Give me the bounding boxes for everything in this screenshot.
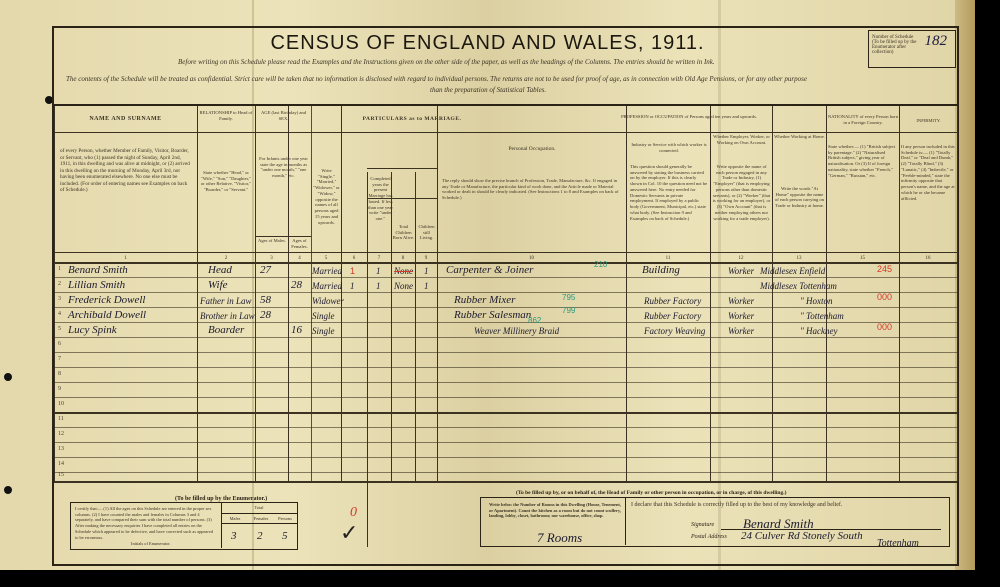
females-label: Females (249, 516, 273, 522)
enumerator-certify-text: I certify that:— (1) All the ages on thi… (75, 506, 217, 540)
row-number: 5 (58, 326, 61, 332)
col-desc-still-living: Children still Living. (416, 224, 437, 241)
males-label: Males (223, 516, 247, 522)
cell-marriage: Married (312, 266, 342, 276)
red-zero-mark: 0 (350, 505, 357, 521)
cell-name: Lucy Spink (68, 324, 117, 336)
row-number: 1 (58, 266, 61, 272)
cell-name: Archibald Dowell (68, 309, 146, 321)
row-number: 3 (58, 296, 61, 302)
cell-birthplace-code: 000 (877, 322, 892, 332)
row-number: 11 (58, 416, 64, 422)
col-number: 16 (899, 256, 957, 261)
col-number: 15 (826, 256, 899, 261)
cell-occupation-code: 799 (562, 306, 575, 315)
col-sub-ages-males: Ages of Males. (256, 238, 288, 244)
col-desc-infirmity: If any person included in this Schedule … (901, 144, 956, 201)
cell-birthplace-code: 245 (877, 264, 892, 274)
cell-industry: Building (642, 264, 680, 276)
col-header-name: NAME AND SURNAME (54, 116, 197, 124)
row-number: 13 (58, 446, 64, 452)
cell-marriage: Married (312, 281, 342, 291)
cell-occupation: Rubber Salesman (454, 309, 531, 321)
col-header-nationality: NATIONALITY of every Person born in a Fo… (827, 114, 899, 125)
cell-age-female: 28 (291, 279, 302, 291)
row-number: 15 (58, 472, 64, 478)
col-sub-personal-occupation: Personal Occupation. (438, 146, 626, 153)
enumerator-certify-box: I certify that:— (1) All the ages on thi… (70, 502, 298, 550)
total-females: 2 (257, 530, 263, 542)
postal-address-line-1: 24 Culver Rd Stonely South (741, 530, 863, 542)
col-header-infirmity: INFIRMITY. (900, 118, 957, 124)
cell-birthplace: Middlesex Enfield (760, 266, 825, 276)
col-sub-industry: Industry or Service with which worker is… (628, 142, 710, 153)
cell-years-married: 1 (350, 281, 355, 291)
cell-occupation: Rubber Mixer (454, 294, 515, 306)
instructions-line-3: than the preparation of Statistical Tabl… (430, 86, 546, 94)
col-sub-employment: Whether Employer, Worker, or Working on … (711, 134, 772, 145)
col-number: 1 (54, 256, 197, 261)
row-number: 8 (58, 371, 61, 377)
row-number: 2 (58, 281, 61, 287)
col-desc-years-married: Completed years the present Marriage has… (368, 176, 393, 222)
rooms-instructions: Write below the Number of Rooms in this … (489, 502, 621, 519)
col-number: 7 (367, 256, 391, 261)
schedule-number-label: Number of Schedule (To be filled up by t… (872, 35, 920, 55)
cell-years-married: 1 (350, 266, 355, 276)
cell-relationship: Father in Law (200, 296, 252, 306)
col-number: 6 (341, 256, 367, 261)
persons-label: Persons (273, 516, 297, 522)
cell-relationship: Boarder (208, 324, 244, 336)
cell-relationship: Wife (208, 279, 228, 291)
cell-name: Lillian Smith (68, 279, 125, 291)
cell-age-male: 28 (260, 309, 271, 321)
total-males: 3 (231, 530, 237, 542)
census-schedule-page: CENSUS OF ENGLAND AND WALES, 1911. Befor… (0, 0, 975, 570)
col-desc-condition: Write "Single," "Married," "Widower," or… (313, 168, 340, 225)
col-number: 4 (288, 256, 311, 261)
cell-occupation-code: 862 (528, 316, 541, 325)
row-number: 9 (58, 386, 61, 392)
cell-name: Benard Smith (68, 264, 128, 276)
cell-born-alive: 1 (376, 266, 381, 276)
col-number: 2 (197, 256, 255, 261)
cell-occupation-code: 210 (594, 260, 607, 269)
cell-birthplace-code: 000 (877, 292, 892, 302)
col-desc-age: For Infants under one year state the age… (258, 156, 309, 179)
col-header-relationship: RELATIONSHIP to Head of Family. (198, 110, 254, 121)
row-number: 10 (58, 401, 64, 407)
rooms-value: 7 Rooms (537, 530, 582, 546)
cell-still-living: None (394, 266, 413, 276)
row-number: 6 (58, 341, 61, 347)
head-declaration-box: Write below the Number of Rooms in this … (480, 497, 950, 547)
cell-died: 1 (424, 266, 429, 276)
totals-header: Total (221, 505, 297, 511)
cell-employment: Worker (728, 311, 754, 321)
col-desc-born-alive: Total Children Born Alive. (392, 224, 415, 241)
cell-born-alive: 1 (376, 281, 381, 291)
cell-birthplace: " Hackney (800, 326, 838, 336)
cell-age-female: 16 (291, 324, 302, 336)
cell-employment: Worker (728, 266, 754, 276)
schedule-number-box: Number of Schedule (To be filled up by t… (868, 30, 956, 68)
cell-marriage: Single (312, 326, 335, 336)
declaration-text: I declare that this Schedule is correctl… (631, 502, 842, 510)
postal-address-line-2: Tottenham (877, 538, 919, 549)
col-number: 9 (415, 256, 437, 261)
col-header-age: AGE (last Birthday) and SEX. (256, 110, 311, 121)
cell-birthplace: Middlesex Tottenham (760, 281, 837, 291)
cell-birthplace: " Hoxton (800, 296, 833, 306)
col-header-marriage: PARTICULARS as to MARRIAGE. (312, 116, 512, 123)
page-title: CENSUS OF ENGLAND AND WALES, 1911. (0, 32, 975, 55)
schedule-number: 182 (925, 33, 948, 50)
cell-employment: Worker (728, 326, 754, 336)
signature-label: Signature (691, 522, 714, 528)
row-number: 4 (58, 311, 61, 317)
cell-died: 1 (424, 281, 429, 291)
punch-hole-icon (4, 373, 12, 381)
household-table: NAME AND SURNAME of every Person, whethe… (54, 104, 957, 481)
cell-relationship: Brother in Law (200, 311, 255, 321)
cell-still-living: None (394, 281, 413, 291)
col-desc-name: of every Person, whether Member of Famil… (60, 148, 192, 194)
row-number: 7 (58, 356, 61, 362)
col-number: 12 (710, 256, 772, 261)
instructions-line-1: Before writing on this Schedule please r… (178, 58, 715, 66)
col-desc-relationship: State whether "Head," or "Wife," "Son," … (199, 170, 253, 193)
cell-relationship: Head (208, 264, 232, 276)
row-number: 14 (58, 461, 64, 467)
col-desc-industry: This question should generally be answer… (630, 164, 708, 221)
row-number: 12 (58, 431, 64, 437)
instructions-line-2: The contents of the Schedule will be tre… (66, 75, 807, 83)
check-mark-icon: ✓ (340, 520, 358, 546)
col-desc-nationality: State whether:— (1) "British subject by … (828, 144, 898, 178)
total-persons: 5 (282, 530, 288, 542)
enumerator-initials-label: Initials of Enumerator. (131, 541, 171, 547)
col-number: 3 (255, 256, 288, 261)
col-desc-personal-occupation: The reply should show the precise branch… (442, 178, 622, 201)
punch-hole-icon (4, 486, 12, 494)
cell-occupation: Carpenter & Joiner (446, 264, 533, 276)
col-number: 8 (391, 256, 415, 261)
cell-marriage: Widower (312, 296, 344, 306)
cell-occupation: Weaver Millinery Braid (474, 326, 559, 336)
col-number: 5 (311, 256, 341, 261)
cell-employment: Worker (728, 296, 754, 306)
col-number: 11 (626, 256, 710, 261)
col-sub-at-home: Whether Working at Home. (773, 134, 826, 140)
col-desc-at-home: Write the words "At Home" opposite the n… (774, 186, 825, 209)
cell-birthplace: " Tottenham (800, 311, 844, 321)
col-sub-ages-females: Ages of Females. (288, 238, 311, 249)
cell-marriage: Single (312, 311, 335, 321)
head-caption: (To be filled up by, or on behalf of, th… (516, 490, 786, 496)
cell-industry: Factory Weaving (644, 326, 705, 336)
postal-address-label: Postal Address (691, 534, 727, 540)
col-number: 13 (772, 256, 826, 261)
cell-industry: Rubber Factory (644, 296, 701, 306)
cell-age-male: 58 (260, 294, 271, 306)
col-desc-employment: Write opposite the name of each person e… (712, 164, 771, 221)
cell-industry: Rubber Factory (644, 311, 701, 321)
cell-name: Frederick Dowell (68, 294, 145, 306)
col-header-occupation: PROFESSION or OCCUPATION of Persons aged… (524, 114, 854, 120)
cell-occupation-code: 795 (562, 293, 575, 302)
cell-age-male: 27 (260, 264, 271, 276)
